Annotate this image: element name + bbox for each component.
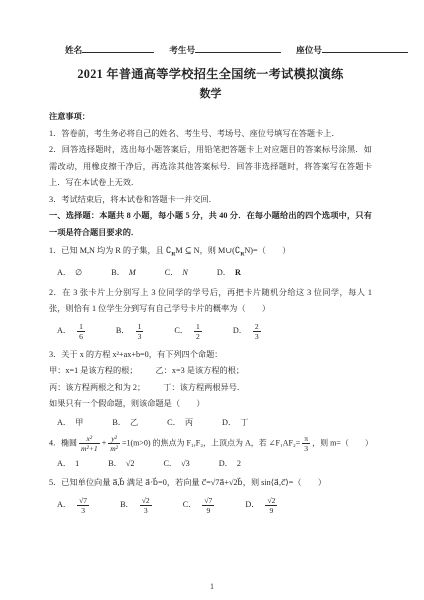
q1-text-part: N)=（ ） <box>244 246 290 255</box>
q4-option-c: C．√3 <box>163 456 189 473</box>
seat-number-field: 座位号 <box>296 46 408 55</box>
q3-option-c: C．丙 <box>167 415 193 432</box>
proposition-yi: 乙：x=3 是该方程的根； <box>156 366 245 375</box>
name-label: 姓名 <box>65 45 82 55</box>
question-3-propositions-1: 甲：x=1 是该方程的根；乙：x=3 是该方程的根； <box>49 363 372 380</box>
fraction: 12 <box>194 322 202 341</box>
page-number: 1 <box>0 579 424 596</box>
seat-number-label: 座位号 <box>296 45 322 55</box>
q1-option-d: D．R <box>217 265 241 282</box>
question-3-propositions-2: 丙：该方程两根之和为 2；丁：该方程两根异号． <box>49 380 372 397</box>
fraction: y²m² <box>108 434 120 453</box>
name-field: 姓名 <box>65 46 154 55</box>
notice-item-2: 2．回答选择题时，选出每小题答案后，用铅笔把答题卡上对应题目的答案标号涂黑．如需… <box>49 142 372 192</box>
notice-heading: 注意事项： <box>49 109 372 126</box>
question-5-options: A．√73 B．√23 C．√79 D．√29 <box>49 496 372 515</box>
proposition-ding: 丁：该方程两根异号． <box>163 383 245 392</box>
fraction: √73 <box>77 496 89 515</box>
q5-option-b: B．√23 <box>120 496 154 515</box>
q2-option-d: D．23 <box>233 322 263 341</box>
q1-option-a: A．∅ <box>57 265 82 282</box>
exam-title: 2021 年普通高等学校招生全国统一考试模拟演练 <box>49 66 372 82</box>
q5-option-a: A．√73 <box>57 496 91 515</box>
fraction: 16 <box>77 322 85 341</box>
question-3-text: 3．关于 x 的方程 x²+ax+b=0，有下列四个命题： <box>49 347 372 364</box>
candidate-number-field: 考生号 <box>169 46 281 55</box>
q2-option-b: B．13 <box>116 322 145 341</box>
q4-option-d: D．2 <box>219 456 241 473</box>
q1-text-part: 1．已知 M,N 均为 R 的子集，且 <box>49 246 166 255</box>
candidate-number-blank-line <box>195 44 281 53</box>
q4-option-b: B．√2 <box>108 456 134 473</box>
q3-option-b: B．乙 <box>112 415 138 432</box>
q4-text-part: ，则 m=（ ） <box>312 439 373 448</box>
fraction: x²m²+1 <box>79 434 100 453</box>
fraction: 23 <box>253 322 261 341</box>
question-2-options: A．16 B．13 C．12 D．23 <box>49 322 372 341</box>
plus-sign: + <box>102 439 107 448</box>
fraction: 13 <box>136 322 144 341</box>
q4-text-part: 4．椭圆 <box>49 439 77 448</box>
question-1-options: A．∅ B．M C．N D．R <box>49 265 372 282</box>
section-heading: 一、选择题：本题共 8 小题，每小题 5 分，共 40 分．在每小题给出的四个选… <box>49 208 372 241</box>
question-4-text: 4．椭圆x²m²+1+y²m²=1(m>0) 的焦点为 F₁,F₂，上顶点为 A… <box>49 434 372 453</box>
fraction: √23 <box>140 496 152 515</box>
q3-option-a: A．甲 <box>57 415 83 432</box>
proposition-bing: 丙：该方程两根之和为 2； <box>49 383 145 392</box>
fraction: √79 <box>202 496 214 515</box>
notice-item-1: 1．答卷前，考生务必将自己的姓名、考生号、考场号、座位号填写在答题卡上． <box>49 126 372 143</box>
proposition-jia: 甲：x=1 是该方程的根； <box>49 366 138 375</box>
seat-number-blank-line <box>322 44 408 53</box>
question-5-text: 5．已知单位向量 a⃗,b⃗ 满足 a⃗·b⃗=0，若向量 c⃗=√7a⃗+√2… <box>49 475 372 492</box>
q3-option-d: D．丁 <box>222 415 248 432</box>
q5-option-c: C．√79 <box>183 496 217 515</box>
fraction: π3 <box>302 434 310 453</box>
name-blank-line <box>82 44 154 53</box>
notice-item-3: 3．考试结束后，将本试卷和答题卡一并交回． <box>49 192 372 209</box>
question-3-options: A．甲 B．乙 C．丙 D．丁 <box>49 415 372 432</box>
question-4-options: A．1 B．√2 C．√3 D．2 <box>49 456 372 473</box>
q4-option-a: A．1 <box>57 456 79 473</box>
question-1-text: 1．已知 M,N 均为 R 的子集，且 ∁RM ⊆ N，则 M∪(∁RN)=（ … <box>49 243 372 263</box>
question-3-conclusion: 如果只有一个假命题，则该命题是（ ） <box>49 396 372 413</box>
q1-option-b: B．M <box>111 265 135 282</box>
q2-option-c: C．12 <box>174 322 203 341</box>
q4-text-part: =1(m>0) 的焦点为 F₁,F₂，上顶点为 A，若 ∠F₁AF₂= <box>122 439 300 448</box>
question-2-text: 2．在 3 张卡片上分别写上 3 位同学的学号后，再把卡片随机分给这 3 位同学… <box>49 285 372 318</box>
q5-option-d: D．√29 <box>245 496 279 515</box>
q1-option-c: C．N <box>165 265 188 282</box>
q1-text-part: M ⊆ N，则 M∪( <box>175 246 234 255</box>
q2-option-a: A．16 <box>57 322 87 341</box>
exam-paper-page: 姓名 考生号 座位号 2021 年普通高等学校招生全国统一考试模拟演练 数学 注… <box>0 0 424 600</box>
candidate-number-label: 考生号 <box>169 45 195 55</box>
header-fields: 姓名 考生号 座位号 <box>65 44 372 57</box>
exam-subject: 数学 <box>49 87 372 102</box>
fraction: √29 <box>265 496 277 515</box>
